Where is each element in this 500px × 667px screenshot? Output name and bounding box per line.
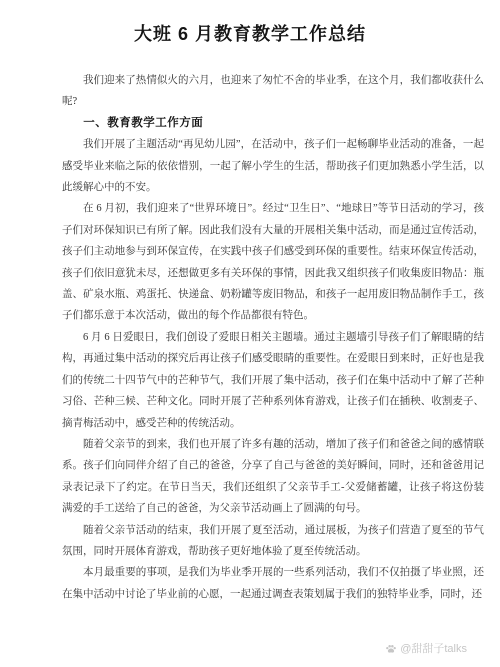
watermark-text: @甜甜子talks	[400, 642, 467, 656]
paragraph-intro: 我们迎来了热情似火的六月，也迎来了匆忙不舍的毕业季，在这个月，我们都收获什么呢?	[62, 70, 484, 113]
paragraph: 我们开展了主题活动“再见幼儿园”，在活动中，孩子们一起畅聊毕业活动的准备，一起感…	[62, 134, 484, 198]
paragraph: 6 月 6 日爱眼日，我们创设了爱眼日相关主题墙。通过主题墙引导孩子们了解眼睛的…	[62, 327, 484, 434]
document-body: 我们迎来了热情似火的六月，也迎来了匆忙不舍的毕业季，在这个月，我们都收获什么呢?…	[0, 47, 500, 605]
paragraph: 随着父亲节的到来，我们也开展了许多有趣的活动，增加了孩子们和爸爸之间的感情联系。…	[62, 434, 484, 520]
paragraph: 在 6 月初，我们迎来了“世界环境日”。经过“卫生日”、“地球日”等节日活动的学…	[62, 198, 484, 326]
document-page: 大班 6 月教育教学工作总结 我们迎来了热情似火的六月，也迎来了匆忙不舍的毕业季…	[0, 0, 500, 667]
paragraph: 随着父亲节活动的结束，我们开展了夏至活动，通过展板，为孩子们营造了夏至的节气氛围…	[62, 520, 484, 563]
watermark: @甜甜子talks	[385, 642, 467, 656]
document-title: 大班 6 月教育教学工作总结	[0, 0, 500, 47]
paw-icon	[385, 643, 397, 655]
section-heading: 一、教育教学工作方面	[62, 113, 484, 134]
paragraph: 本月最重要的事项，是我们为毕业季开展的一些系列活动，我们不仅拍摄了毕业照，还在集…	[62, 562, 484, 605]
